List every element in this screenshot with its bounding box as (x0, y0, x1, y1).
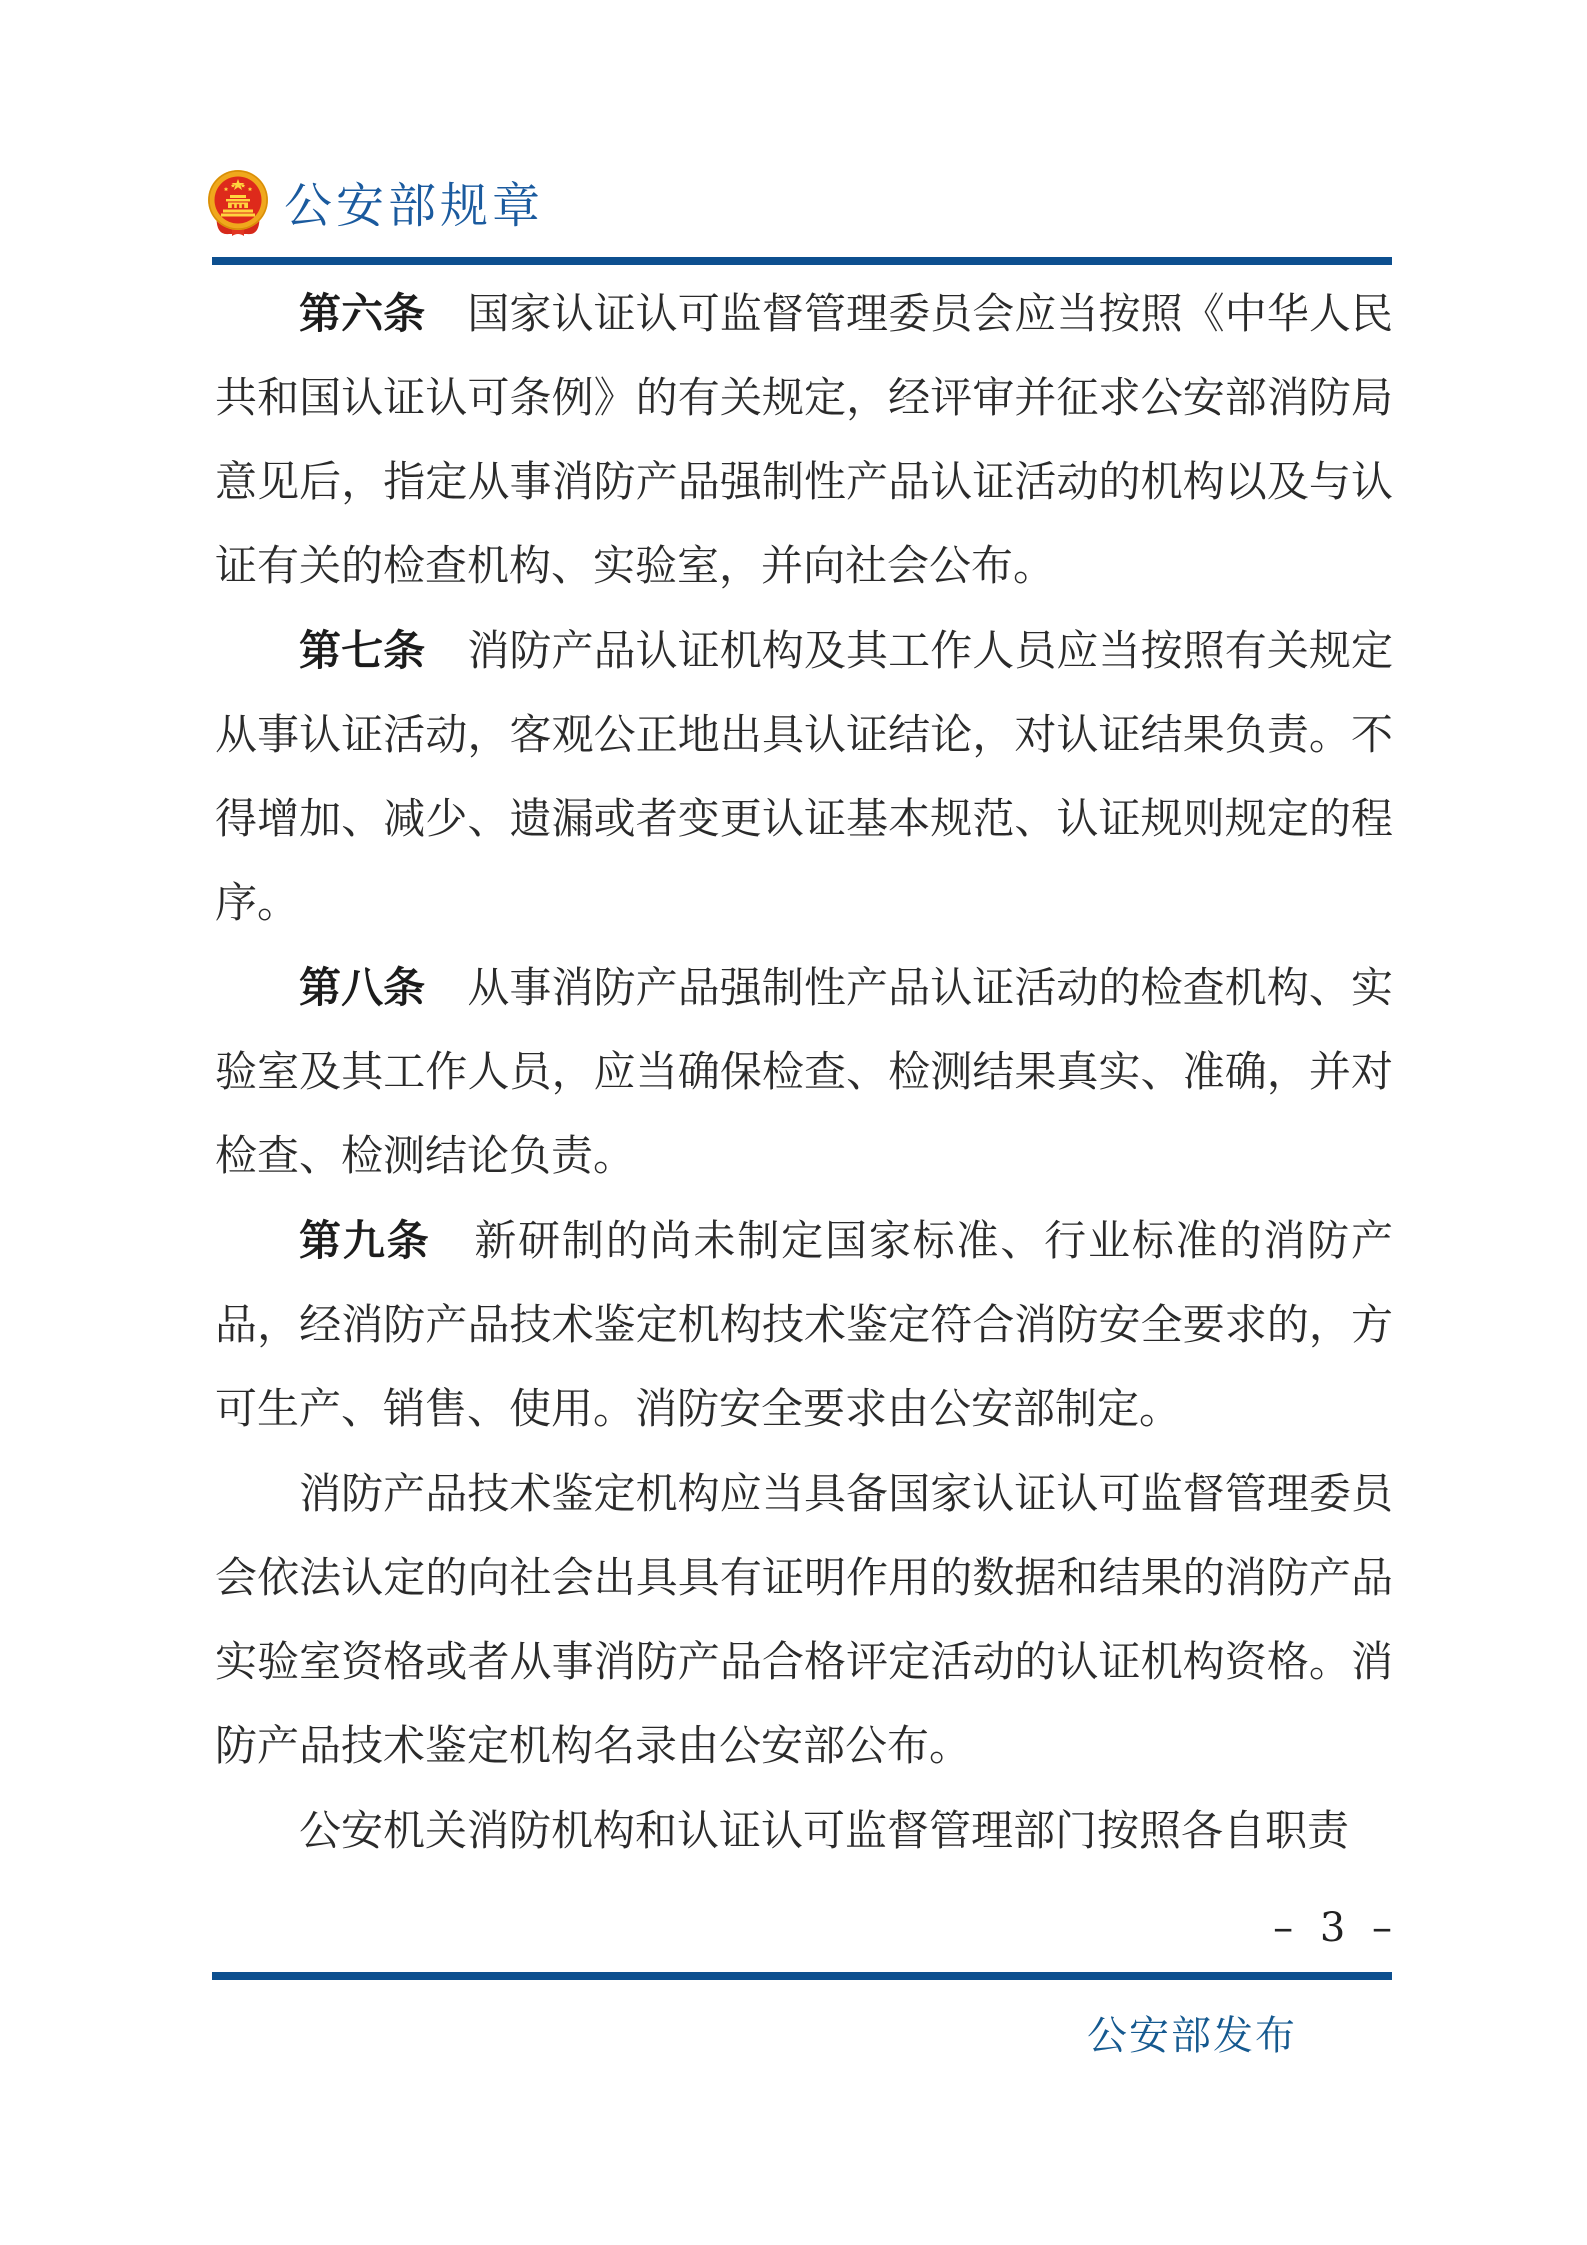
paragraph-article-9-cont: 消防产品技术鉴定机构应当具备国家认证认可监督管理委员会依法认定的向社会出具具有证… (215, 1452, 1393, 1789)
paragraph-article-6: 第六条 国家认证认可监督管理委员会应当按照《中华人民共和国认证认可条例》的有关规… (215, 272, 1393, 609)
article-7-number: 第七条 (299, 627, 425, 674)
footer-divider (212, 1972, 1392, 1980)
document-body: 第六条 国家认证认可监督管理委员会应当按照《中华人民共和国认证认可条例》的有关规… (215, 272, 1393, 1874)
paragraph-article-7: 第七条 消防产品认证机构及其工作人员应当按照有关规定从事认证活动，客观公正地出具… (215, 609, 1393, 946)
paragraph-article-9: 第九条 新研制的尚未制定国家标准、行业标准的消防产品，经消防产品技术鉴定机构技术… (215, 1199, 1393, 1452)
document-page: 公安部规章 第六条 国家认证认可监督管理委员会应当按照《中华人民共和国认证认可条… (0, 0, 1587, 2245)
paragraph-article-8: 第八条 从事消防产品强制性产品认证活动的检查机构、实验室及其工作人员，应当确保检… (215, 946, 1393, 1199)
china-national-emblem-icon (206, 168, 270, 244)
paragraph-article-9-cont-2: 公安机关消防机构和认证认可监督管理部门按照各自职责 (215, 1789, 1393, 1874)
header-divider (212, 257, 1392, 265)
paragraph-6-text: 公安机关消防机构和认证认可监督管理部门按照各自职责 (299, 1809, 1349, 1855)
article-8-number: 第八条 (299, 964, 425, 1011)
article-6-number: 第六条 (299, 290, 425, 337)
article-9-number: 第九条 (299, 1217, 431, 1264)
publisher-label: 公安部发布 (1087, 2012, 1297, 2060)
page-title: 公安部规章 (284, 180, 544, 234)
page-number: – 3 – (1273, 1906, 1392, 1950)
paragraph-5-text: 消防产品技术鉴定机构应当具备国家认证认可监督管理委员会依法认定的向社会出具具有证… (215, 1472, 1393, 1770)
